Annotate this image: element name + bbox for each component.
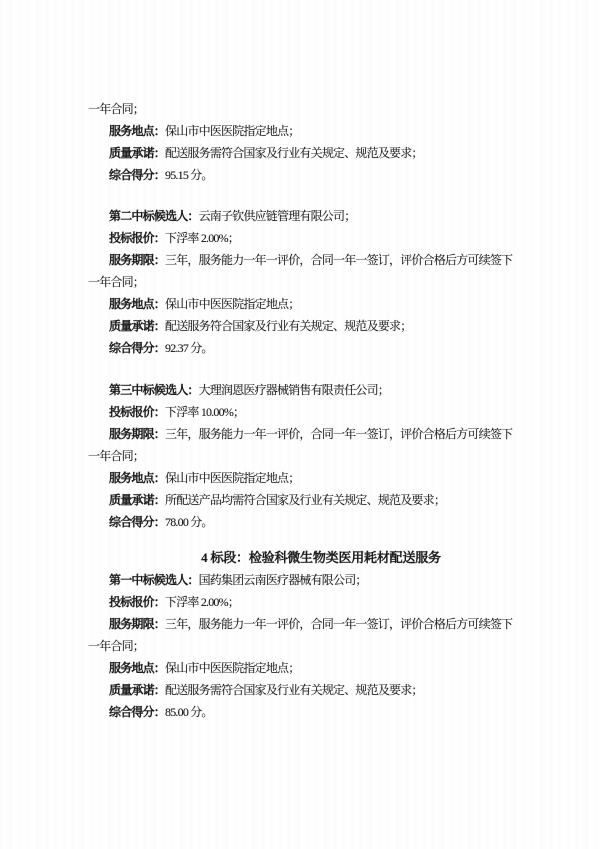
- field-value: 下浮率 10.00%；: [165, 405, 244, 419]
- field-label: 综合得分：: [109, 515, 165, 529]
- text-line: 服务地点：保山市中医医院指定地点；: [88, 293, 512, 315]
- field-value: 国药集团云南医疗器械有限公司；: [199, 573, 367, 587]
- text-line: 第二中标候选人：云南子钦供应链管理有限公司；: [88, 205, 512, 227]
- text-line: 服务地点：保山市中医医院指定地点；: [88, 467, 512, 489]
- text-line: 服务地点：保山市中医医院指定地点；: [88, 657, 512, 679]
- field-label: 服务地点：: [109, 297, 165, 311]
- text-line: 一年合同；: [88, 98, 512, 120]
- text-line: 一年合同；: [88, 445, 512, 467]
- text-line: 投标报价：下浮率 2.00%；: [88, 227, 512, 249]
- field-label: 服务期限：: [109, 253, 165, 267]
- text-line: 综合得分：85.00 分。: [88, 701, 512, 723]
- candidate-block: 第二中标候选人：云南子钦供应链管理有限公司；投标报价：下浮率 2.00%；服务期…: [88, 205, 512, 359]
- field-value: 三年，服务能力一年一评价，合同一年一签订，评价合格后方可续签下: [165, 427, 512, 441]
- text-line: 投标报价：下浮率 2.00%；: [88, 591, 512, 613]
- field-label: 服务期限：: [109, 617, 165, 631]
- field-value: 下浮率 2.00%；: [165, 231, 239, 245]
- text-line: 质量承诺：所配送产品均需符合国家及行业有关规定、规范及要求；: [88, 489, 512, 511]
- field-value: 云南子钦供应链管理有限公司；: [199, 209, 356, 223]
- field-label: 质量承诺：: [109, 683, 165, 697]
- field-label: 质量承诺：: [109, 319, 165, 333]
- candidate-block: 第三中标候选人：大理润恩医疗器械销售有限责任公司；投标报价：下浮率 10.00%…: [88, 379, 512, 533]
- text-line: 一年合同；: [88, 271, 512, 293]
- field-label: 服务地点：: [109, 471, 165, 485]
- text-line: 质量承诺：配送服务需符合国家及行业有关规定、规范及要求；: [88, 142, 512, 164]
- field-value: 配送服务需符合国家及行业有关规定、规范及要求；: [165, 683, 423, 697]
- document-content: 一年合同；服务地点：保山市中医医院指定地点；质量承诺：配送服务需符合国家及行业有…: [88, 98, 512, 723]
- field-label: 综合得分：: [109, 168, 165, 182]
- field-label: 投标报价：: [109, 405, 165, 419]
- text-line: 投标报价：下浮率 10.00%；: [88, 401, 512, 423]
- text-line: 服务地点：保山市中医医院指定地点；: [88, 120, 512, 142]
- text-line: 服务期限：三年，服务能力一年一评价，合同一年一签订，评价合格后方可续签下: [88, 249, 512, 271]
- text-line: 第三中标候选人：大理润恩医疗器械销售有限责任公司；: [88, 379, 512, 401]
- field-label: 综合得分：: [109, 705, 165, 719]
- field-value: 95.15 分。: [165, 168, 213, 182]
- text-line: 服务期限：三年，服务能力一年一评价，合同一年一签订，评价合格后方可续签下: [88, 613, 512, 635]
- field-label: 质量承诺：: [109, 493, 165, 507]
- field-value: 一年合同；: [88, 275, 144, 289]
- text-line: 综合得分：78.00 分。: [88, 511, 512, 533]
- field-value: 保山市中医医院指定地点；: [165, 297, 299, 311]
- field-value: 85.00 分。: [165, 705, 213, 719]
- field-label: 服务地点：: [109, 661, 165, 675]
- field-value: 一年合同；: [88, 449, 144, 463]
- text-line: 质量承诺：配送服务符合国家及行业有关规定、规范及要求；: [88, 315, 512, 337]
- field-label: 投标报价：: [109, 231, 165, 245]
- field-value: 保山市中医医院指定地点；: [165, 471, 299, 485]
- field-value: 大理润恩医疗器械销售有限责任公司；: [199, 383, 389, 397]
- field-value: 一年合同；: [88, 102, 144, 116]
- section-heading: 4 标段：检验科微生物类医用耗材配送服务: [88, 547, 512, 569]
- field-value: 三年，服务能力一年一评价，合同一年一签订，评价合格后方可续签下: [165, 617, 512, 631]
- field-value: 下浮率 2.00%；: [165, 595, 239, 609]
- field-label: 综合得分：: [109, 341, 165, 355]
- field-label: 第一中标候选人：: [109, 573, 199, 587]
- field-value: 78.00 分。: [165, 515, 213, 529]
- field-value: 所配送产品均需符合国家及行业有关规定、规范及要求；: [165, 493, 445, 507]
- text-line: 综合得分：95.15 分。: [88, 164, 512, 186]
- field-label: 4 标段：检验科微生物类医用耗材配送服务: [201, 550, 441, 565]
- section-heading-block: 4 标段：检验科微生物类医用耗材配送服务: [88, 547, 512, 569]
- field-value: 92.37 分。: [165, 341, 213, 355]
- text-line: 服务期限：三年，服务能力一年一评价，合同一年一签订，评价合格后方可续签下: [88, 423, 512, 445]
- field-label: 第二中标候选人：: [109, 209, 199, 223]
- text-line: 质量承诺：配送服务需符合国家及行业有关规定、规范及要求；: [88, 679, 512, 701]
- field-label: 质量承诺：: [109, 146, 165, 160]
- field-label: 第三中标候选人：: [109, 383, 199, 397]
- field-label: 服务期限：: [109, 427, 165, 441]
- candidate-block: 第一中标候选人：国药集团云南医疗器械有限公司；投标报价：下浮率 2.00%；服务…: [88, 569, 512, 723]
- text-line: 第一中标候选人：国药集团云南医疗器械有限公司；: [88, 569, 512, 591]
- field-value: 配送服务需符合国家及行业有关规定、规范及要求；: [165, 146, 423, 160]
- field-label: 服务地点：: [109, 124, 165, 138]
- field-label: 投标报价：: [109, 595, 165, 609]
- text-line: 一年合同；: [88, 635, 512, 657]
- field-value: 三年，服务能力一年一评价，合同一年一签订，评价合格后方可续签下: [165, 253, 512, 267]
- text-line: 综合得分：92.37 分。: [88, 337, 512, 359]
- candidate-block: 一年合同；服务地点：保山市中医医院指定地点；质量承诺：配送服务需符合国家及行业有…: [88, 98, 512, 186]
- field-value: 保山市中医医院指定地点；: [165, 661, 299, 675]
- field-value: 保山市中医医院指定地点；: [165, 124, 299, 138]
- field-value: 配送服务符合国家及行业有关规定、规范及要求；: [165, 319, 411, 333]
- scanned-document-page: 一年合同；服务地点：保山市中医医院指定地点；质量承诺：配送服务需符合国家及行业有…: [0, 0, 600, 849]
- field-value: 一年合同；: [88, 639, 144, 653]
